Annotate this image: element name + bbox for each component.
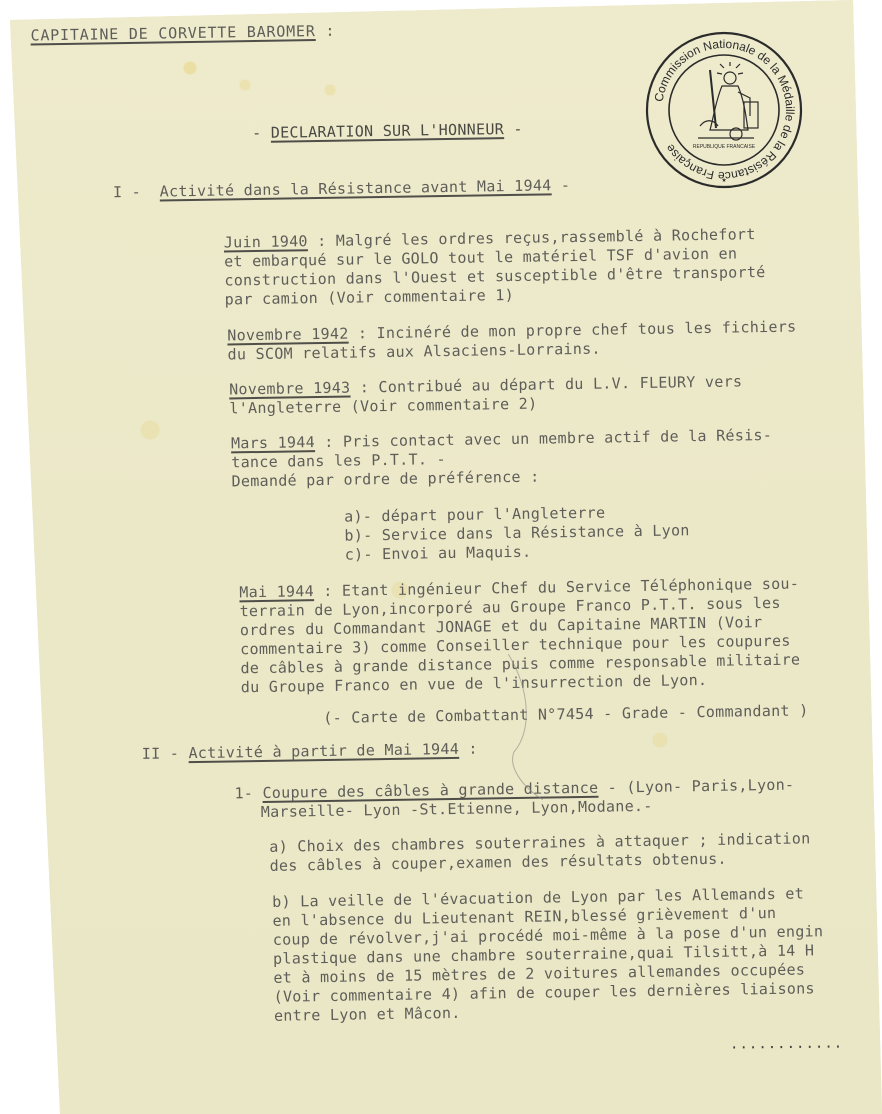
section-2-title: Activité à partir de Mai 1944	[188, 740, 459, 762]
entry-date: Novembre 1943	[229, 379, 351, 399]
stamp-ring-text: Commission Nationale de la Médaille de l…	[652, 37, 797, 183]
continuation-dots: ............	[730, 1036, 843, 1053]
entry-date: Mai 1944	[239, 582, 314, 601]
document-header: CAPITAINE DE CORVETTE BAROMER :	[30, 22, 335, 46]
section-1-title: Activité dans la Résistance avant Mai 19…	[160, 176, 552, 200]
document-title: - DECLARATION SUR L'HONNEUR -	[252, 120, 523, 143]
combatant-card-note: (- Carte de Combattant N°7454 - Grade - …	[323, 701, 808, 728]
stamp-seal-icon: Commission Nationale de la Médaille de l…	[644, 30, 804, 190]
entry-date: Juin 1940	[224, 232, 308, 251]
header-name: CAPITAINE DE CORVETTE BAROMER	[30, 22, 315, 44]
section-1-heading: I - Activité dans la Résistance avant Ma…	[113, 176, 570, 202]
choice-c: c)- Envoi au Maquis.	[345, 543, 532, 565]
title-text: DECLARATION SUR L'HONNEUR	[271, 120, 505, 142]
pencil-mark	[500, 651, 562, 802]
stamp-star-icon: ★	[722, 175, 727, 184]
section-2-heading: II - Activité à partir de Mai 1944 :	[142, 740, 478, 764]
stamp-banner: REPUBLIQUE FRANCAISE	[693, 144, 756, 150]
entry-date: Novembre 1942	[227, 325, 349, 345]
commission-stamp: Commission Nationale de la Médaille de l…	[644, 30, 804, 190]
entry-date: Mars 1944	[231, 433, 315, 452]
